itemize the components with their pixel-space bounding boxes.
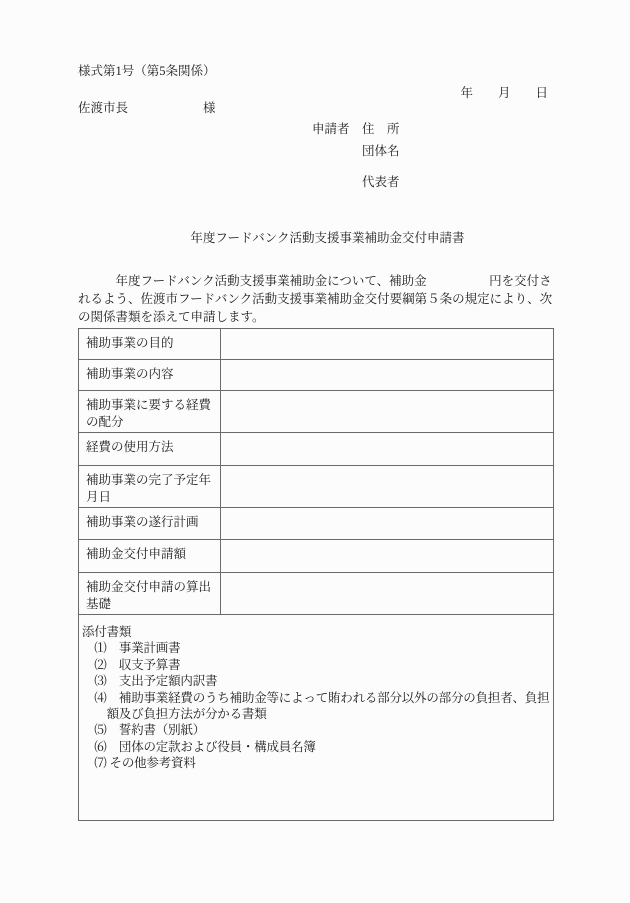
field-label: 補助事業の内容 xyxy=(79,360,221,391)
field-value xyxy=(221,466,554,508)
field-value xyxy=(221,540,554,573)
field-label: 補助事業の完了予定年月日 xyxy=(79,466,221,508)
field-label: 補助事業に要する経費の配分 xyxy=(79,391,221,433)
attachments-cell: 添付書類 ⑴ 事業計画書 ⑵ 収支予算書 ⑶ 支出予定額内訳書 ⑷ 補助事業経費… xyxy=(79,615,554,821)
table-row: 補助事業の目的 xyxy=(79,329,554,360)
applicant-line: 代表者 xyxy=(312,174,400,192)
body-paragraph: 年度フードバンク活動支援事業補助金について、補助金 円を交付さ れるよう、佐渡市… xyxy=(78,272,560,326)
field-label: 補助金交付申請の算出基礎 xyxy=(79,573,221,615)
table-row: 経費の使用方法 xyxy=(79,433,554,466)
table-row: 補助金交付申請の算出基礎 xyxy=(79,573,554,615)
addressee-line: 佐渡市長 様 xyxy=(78,99,216,117)
field-value xyxy=(221,360,554,391)
table-row: 補助事業の遂行計画 xyxy=(79,508,554,540)
field-label: 補助金交付申請額 xyxy=(79,540,221,573)
applicant-line: 団体名 xyxy=(312,143,400,161)
field-value xyxy=(221,329,554,360)
table-row: 補助事業の内容 xyxy=(79,360,554,391)
field-value xyxy=(221,391,554,433)
field-value xyxy=(221,508,554,540)
field-label: 補助事業の目的 xyxy=(79,329,221,360)
table-row: 補助金交付申請額 xyxy=(79,540,554,573)
application-table-body: 補助事業の目的補助事業の内容補助事業に要する経費の配分経費の使用方法補助事業の完… xyxy=(79,329,554,821)
applicant-line: 申請者 住 所 xyxy=(312,121,400,139)
table-row: 補助事業の完了予定年月日 xyxy=(79,466,554,508)
field-value xyxy=(221,573,554,615)
applicant-block: 申請者 住 所 団体名 代表者 xyxy=(312,121,400,192)
document-page: 様式第1号（第5条関係） 年 月 日 佐渡市長 様 申請者 住 所 団体名 代表… xyxy=(0,0,630,903)
field-label: 経費の使用方法 xyxy=(79,433,221,466)
attachments-row: 添付書類 ⑴ 事業計画書 ⑵ 収支予算書 ⑶ 支出予定額内訳書 ⑷ 補助事業経費… xyxy=(79,615,554,821)
table-row: 補助事業に要する経費の配分 xyxy=(79,391,554,433)
field-value xyxy=(221,433,554,466)
application-table: 補助事業の目的補助事業の内容補助事業に要する経費の配分経費の使用方法補助事業の完… xyxy=(78,328,554,821)
form-number: 様式第1号（第5条関係） xyxy=(78,62,216,80)
document-title: 年度フードバンク活動支援事業補助金交付申請書 xyxy=(78,229,552,247)
field-label: 補助事業の遂行計画 xyxy=(79,508,221,540)
